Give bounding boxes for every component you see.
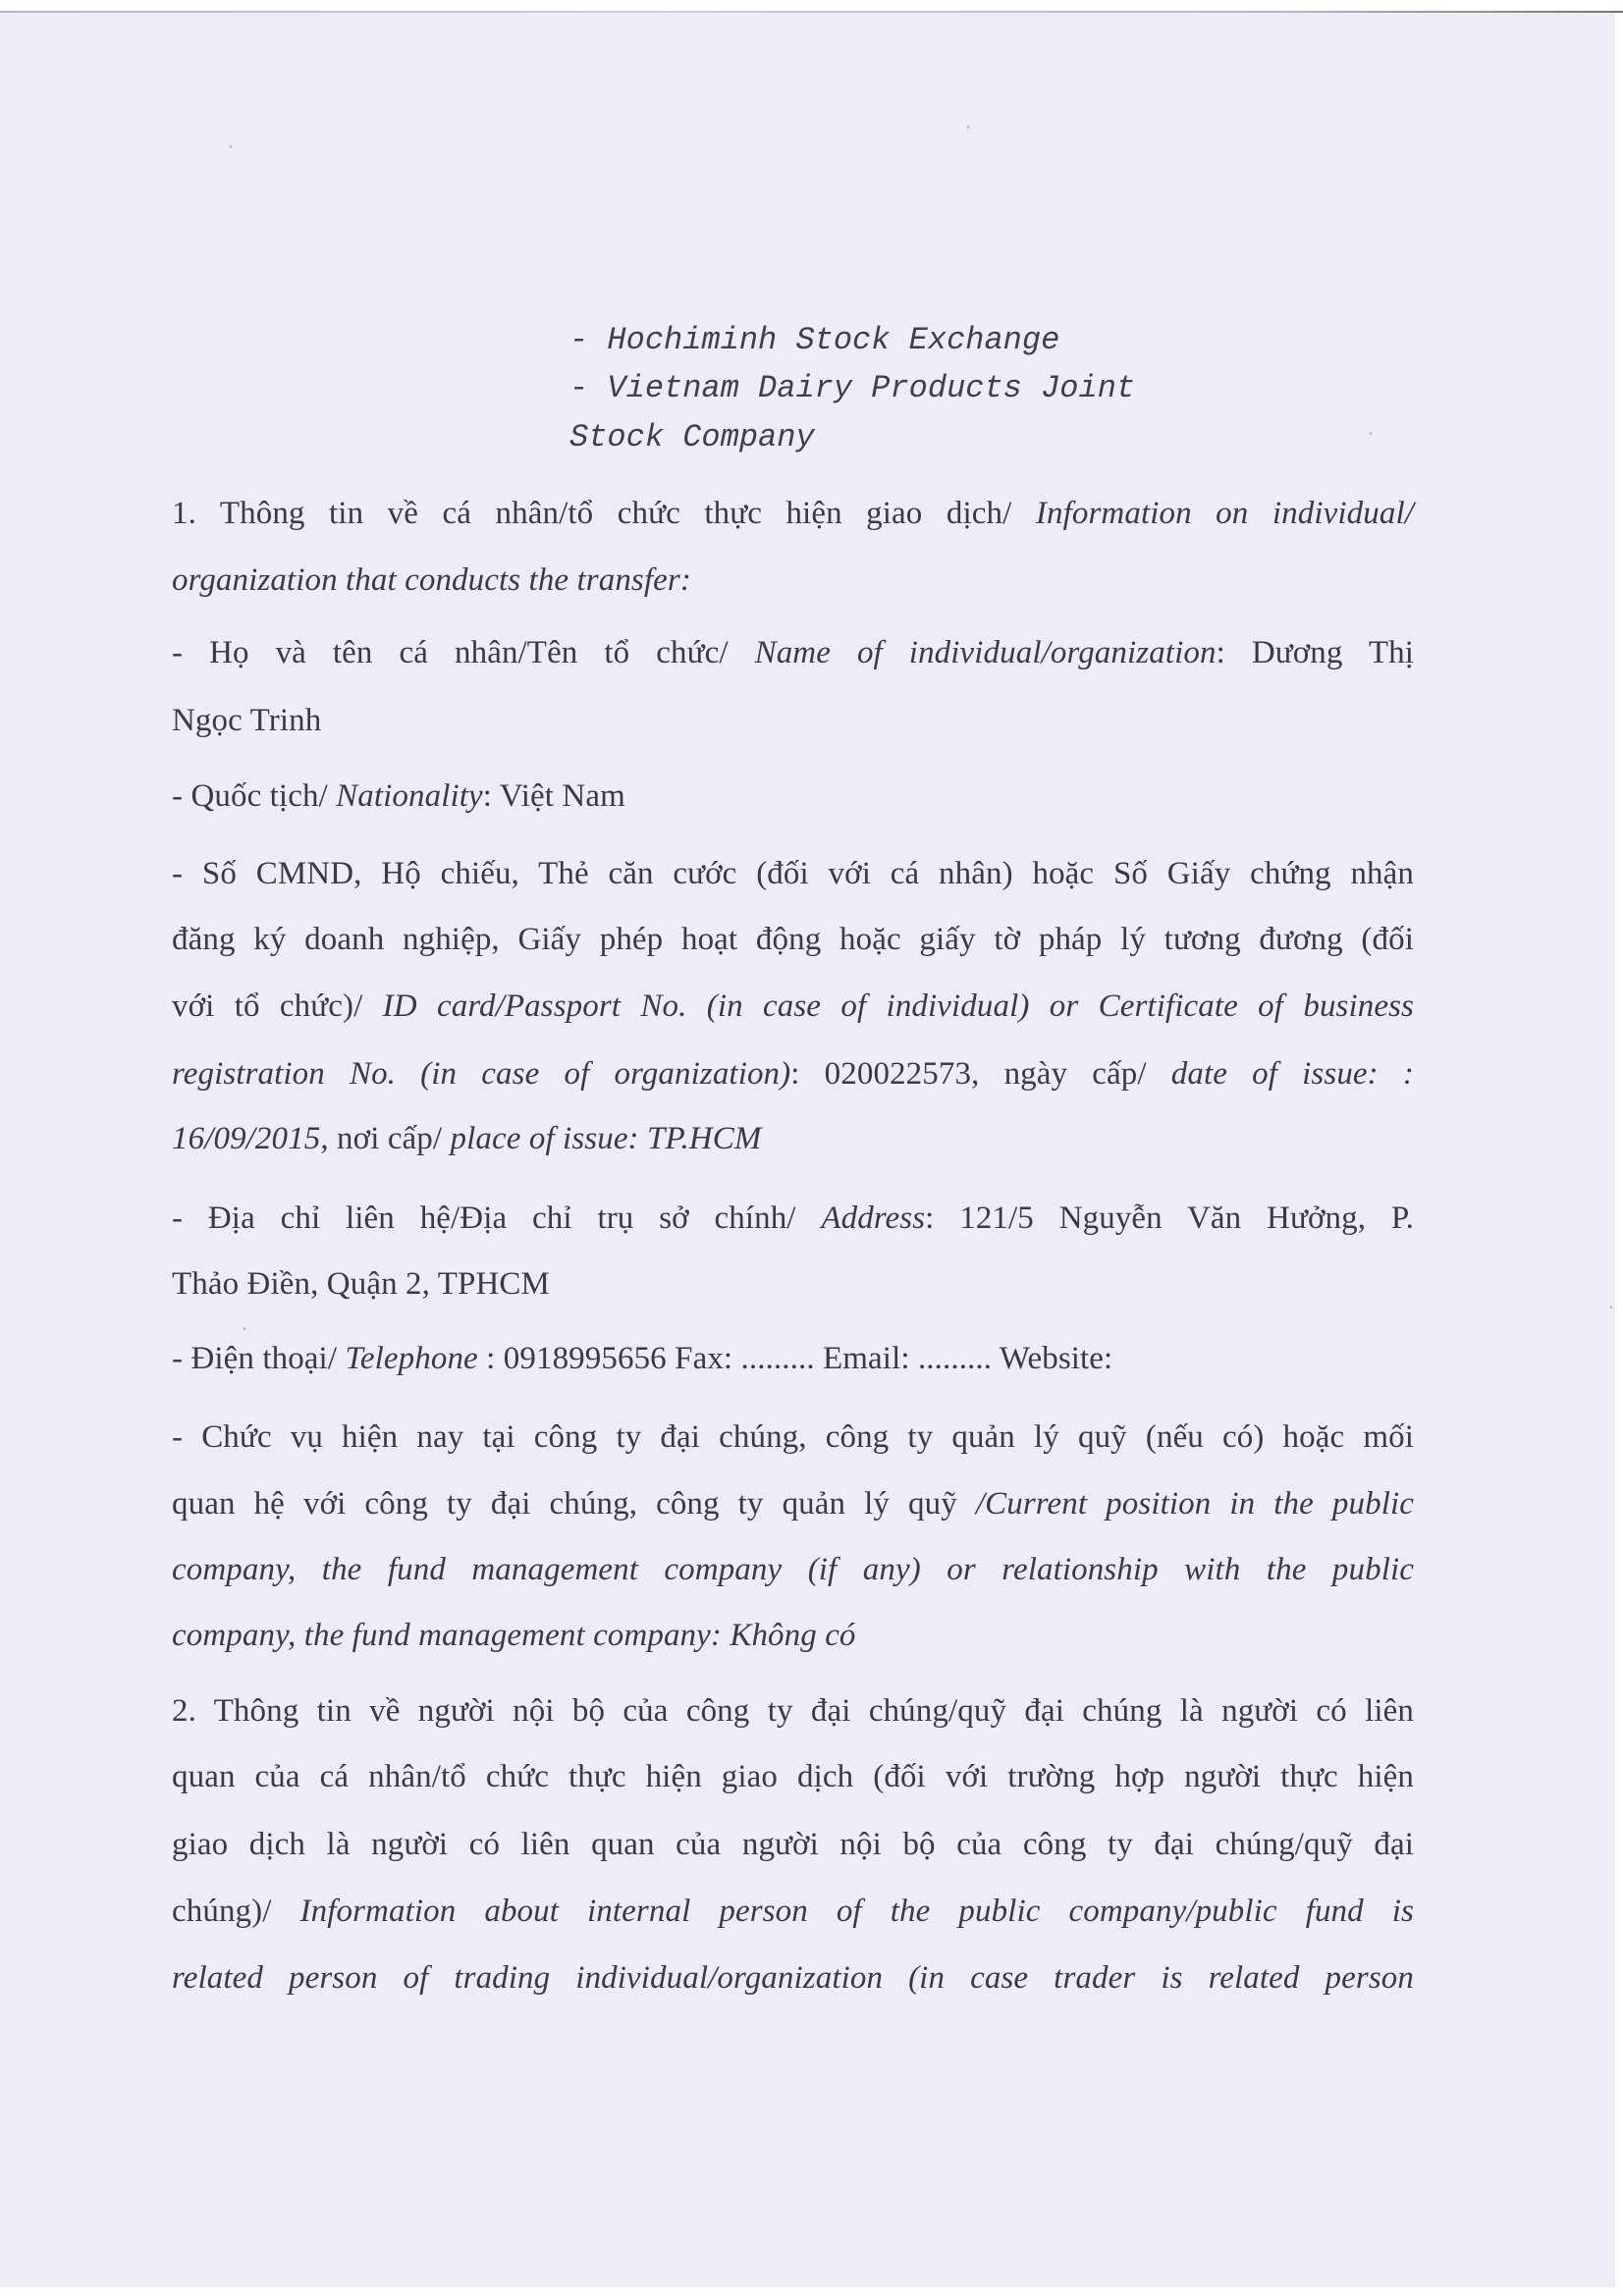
address-field: - Địa chỉ liên hệ/Địa chỉ trụ sở chính/ … xyxy=(172,1199,1414,1238)
section-2-line-2: quan của cá nhân/tổ chức thực hiện giao … xyxy=(172,1757,1414,1796)
id-field-line-2: đăng ký doanh nghiệp, Giấy phép hoạt độn… xyxy=(172,920,1414,959)
contact-field: - Điện thoại/ Telephone : 0918995656 Fax… xyxy=(172,1339,1112,1378)
recipient-vinamilk: - Vietnam Dairy Products Joint xyxy=(569,369,1135,408)
id-field-line-4: registration No. (in case of organizatio… xyxy=(172,1054,1414,1094)
name-value-cont: Ngọc Trinh xyxy=(172,701,321,740)
scan-speck xyxy=(230,145,232,148)
name-field: - Họ và tên cá nhân/Tên tổ chức/ Name of… xyxy=(172,633,1414,672)
contact-value: : 0918995656 Fax: ......... Email: .....… xyxy=(478,1341,1113,1376)
position-field-line-4: company, the fund management company: Kh… xyxy=(172,1616,856,1655)
section-2-line-4: chúng)/ Information about internal perso… xyxy=(172,1892,1414,1931)
nationality-value: : Việt Nam xyxy=(483,778,625,814)
position-field-line-2: quan hệ với công ty đại chúng, công ty q… xyxy=(172,1484,1414,1523)
id-number: : 020022573, ngày cấp/ xyxy=(790,1056,1171,1092)
id-field-line-3: với tổ chức)/ ID card/Passport No. (in c… xyxy=(172,987,1414,1026)
address-value-cont: Thảo Điền, Quận 2, TPHCM xyxy=(172,1264,550,1304)
section-2-line-3: giao dịch là người có liên quan của ngườ… xyxy=(172,1825,1414,1864)
scan-edge xyxy=(0,11,1623,13)
section-1-heading: 1. Thông tin về cá nhân/tổ chức thực hiệ… xyxy=(172,494,1414,533)
scan-speck xyxy=(243,1327,245,1330)
id-field-line-1: - Số CMND, Hộ chiếu, Thẻ căn cước (đối v… xyxy=(172,854,1414,893)
issue-date: 16/09/2015 xyxy=(172,1121,320,1156)
scan-speck xyxy=(1610,1306,1612,1308)
section-2-line-1: 2. Thông tin về người nội bộ của công ty… xyxy=(172,1691,1414,1731)
address-value: : 121/5 Nguyễn Văn Hưởng, P. xyxy=(925,1201,1414,1236)
position-field-line-1: - Chức vụ hiện nay tại công ty đại chúng… xyxy=(172,1417,1414,1457)
id-field-line-5: 16/09/2015, nơi cấp/ place of issue: TP.… xyxy=(172,1119,761,1158)
name-value: : Dương Thị xyxy=(1217,635,1414,670)
recipient-vinamilk-cont: Stock Company xyxy=(569,418,815,457)
section-1-heading-cont: organization that conducts the transfer: xyxy=(172,561,691,600)
position-field-line-3: company, the fund management company (if… xyxy=(172,1550,1414,1589)
nationality-field: - Quốc tịch/ Nationality: Việt Nam xyxy=(172,776,625,816)
recipient-hose: - Hochiminh Stock Exchange xyxy=(569,321,1059,360)
scan-speck xyxy=(967,126,969,129)
scan-speck xyxy=(1370,432,1372,435)
section-2-line-5: related person of trading individual/org… xyxy=(172,1958,1414,1998)
place-of-issue: place of issue: TP.HCM xyxy=(451,1121,762,1156)
